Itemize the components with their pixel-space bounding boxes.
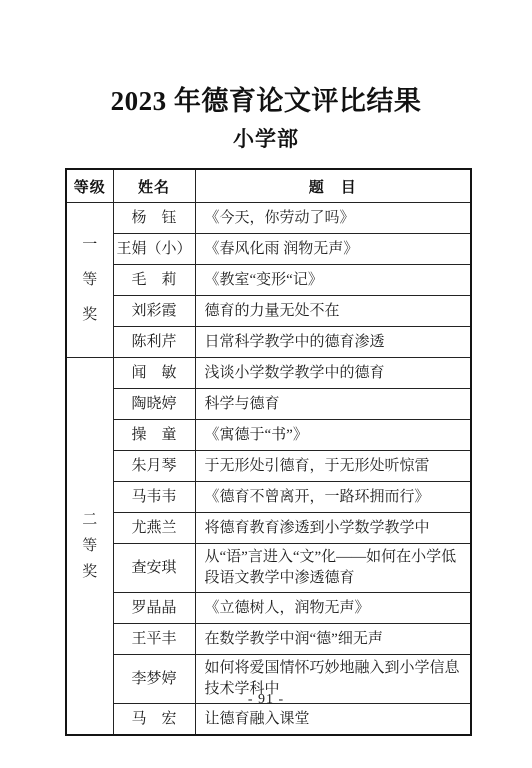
- grade-cell-second-prize: 二等奖: [66, 358, 113, 736]
- title-cell: 《立德树人，润物无声》: [195, 593, 471, 624]
- name-cell: 刘彩霞: [113, 296, 195, 327]
- name-cell: 杨 钰: [113, 203, 195, 234]
- title-cell: 于无形处引德育，于无形处听惊雷: [195, 451, 471, 482]
- title-cell: 德育的力量无处不在: [195, 296, 471, 327]
- document-page: 2023 年德育论文评比结果 小学部 等级 姓名 题 目 一等奖 杨 钰 《今天…: [0, 0, 532, 768]
- grade-label-first-prize: 一等奖: [82, 228, 97, 333]
- table-row: 查安琪 从“语”言进入“文”化——如何在小学低段语文教学中渗透德育: [66, 544, 471, 593]
- name-cell: 王娟（小）: [113, 234, 195, 265]
- name-cell: 王平丰: [113, 624, 195, 655]
- page-subtitle: 小学部: [0, 126, 532, 152]
- name-cell: 毛 莉: [113, 265, 195, 296]
- grade-label-second-prize: 二等奖: [82, 507, 97, 585]
- name-cell: 马韦韦: [113, 482, 195, 513]
- title-cell: 从“语”言进入“文”化——如何在小学低段语文教学中渗透德育: [195, 544, 471, 593]
- title-cell: 《教室“变形“记》: [195, 265, 471, 296]
- header-grade: 等级: [66, 169, 113, 203]
- title-cell: 科学与德育: [195, 389, 471, 420]
- table-row: 罗晶晶 《立德树人，润物无声》: [66, 593, 471, 624]
- title-cell: 将德育教育渗透到小学数学教学中: [195, 513, 471, 544]
- name-cell: 马 宏: [113, 704, 195, 736]
- table-row: 陈利芹 日常科学教学中的德育渗透: [66, 327, 471, 358]
- grade-cell-first-prize: 一等奖: [66, 203, 113, 358]
- table-row: 王平丰 在数学教学中润“德”细无声: [66, 624, 471, 655]
- name-cell: 操 童: [113, 420, 195, 451]
- title-cell: 《寓德于“书”》: [195, 420, 471, 451]
- table-row: 毛 莉 《教室“变形“记》: [66, 265, 471, 296]
- table-row: 朱月琴 于无形处引德育，于无形处听惊雷: [66, 451, 471, 482]
- header-row: 等级 姓名 题 目: [66, 169, 471, 203]
- title-cell: 日常科学教学中的德育渗透: [195, 327, 471, 358]
- table-row: 操 童 《寓德于“书”》: [66, 420, 471, 451]
- table-row: 陶晓婷 科学与德育: [66, 389, 471, 420]
- name-cell: 尤燕兰: [113, 513, 195, 544]
- header-title: 题 目: [195, 169, 471, 203]
- name-cell: 朱月琴: [113, 451, 195, 482]
- table-row: 尤燕兰 将德育教育渗透到小学数学教学中: [66, 513, 471, 544]
- name-cell: 查安琪: [113, 544, 195, 593]
- name-cell: 罗晶晶: [113, 593, 195, 624]
- page-number: - 91 -: [0, 692, 532, 708]
- table-row: 一等奖 杨 钰 《今天，你劳动了吗》: [66, 203, 471, 234]
- name-cell: 闻 敏: [113, 358, 195, 389]
- page-title: 2023 年德育论文评比结果: [0, 0, 532, 118]
- title-cell: 让德育融入课堂: [195, 704, 471, 736]
- table-row: 刘彩霞 德育的力量无处不在: [66, 296, 471, 327]
- title-cell: 《今天，你劳动了吗》: [195, 203, 471, 234]
- title-cell: 《德育不曾离开，一路环拥而行》: [195, 482, 471, 513]
- name-cell: 陈利芹: [113, 327, 195, 358]
- title-cell: 在数学教学中润“德”细无声: [195, 624, 471, 655]
- table-row: 王娟（小） 《春风化雨 润物无声》: [66, 234, 471, 265]
- table-row: 马韦韦 《德育不曾离开，一路环拥而行》: [66, 482, 471, 513]
- title-cell: 《春风化雨 润物无声》: [195, 234, 471, 265]
- header-name: 姓名: [113, 169, 195, 203]
- title-cell: 浅谈小学数学教学中的德育: [195, 358, 471, 389]
- table-row: 马 宏 让德育融入课堂: [66, 704, 471, 736]
- results-table: 等级 姓名 题 目 一等奖 杨 钰 《今天，你劳动了吗》 王娟（小） 《春风化雨…: [65, 168, 472, 736]
- name-cell: 陶晓婷: [113, 389, 195, 420]
- table-row: 二等奖 闻 敏 浅谈小学数学教学中的德育: [66, 358, 471, 389]
